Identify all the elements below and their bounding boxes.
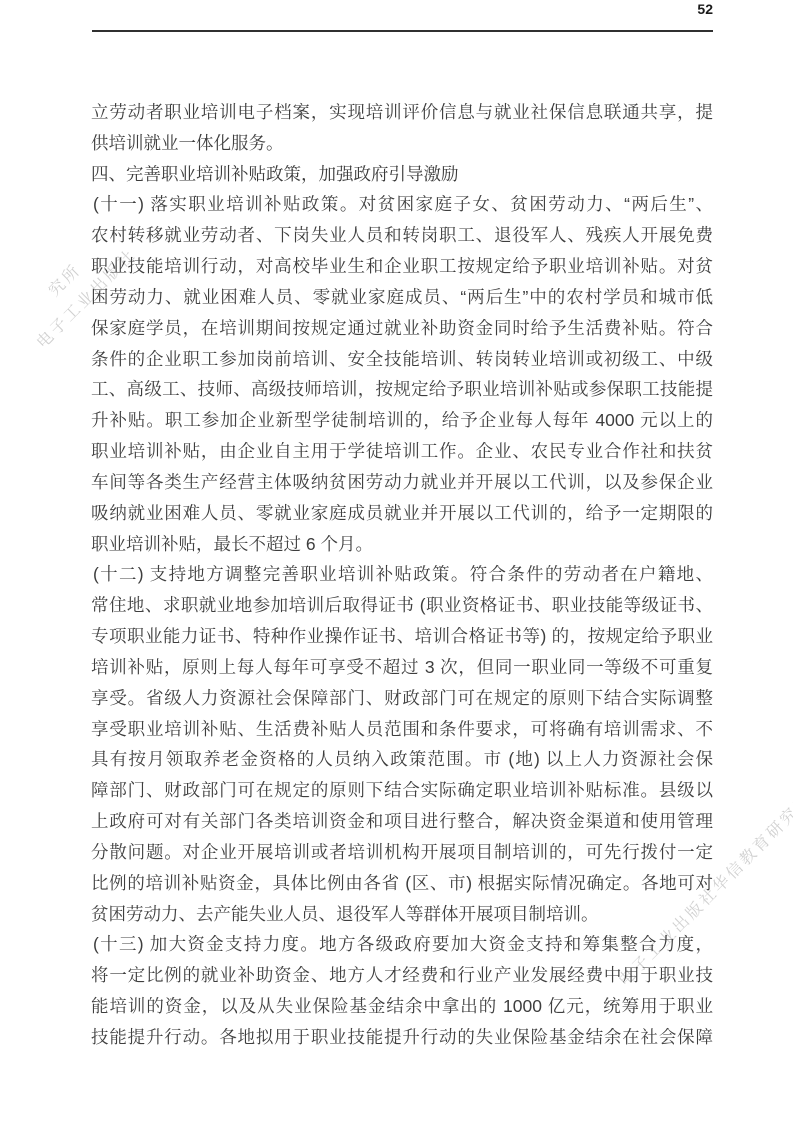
header-rule [92, 30, 713, 32]
text-line: 比例的培训补贴资金，具体比例由各省 (区、市) 根据实际情况确定。各地可对 [91, 868, 713, 899]
text-line: 分散问题。对企业开展培训或者培训机构开展项目制培训的，可先行拨付一定 [91, 837, 713, 868]
text-line: (十二) 支持地方调整完善职业培训补贴政策。符合条件的劳动者在户籍地、 [91, 559, 713, 590]
text-line: 保家庭学员，在培训期间按规定通过就业补助资金同时给予生活费补贴。符合 [91, 313, 713, 344]
paragraph: (十三) 加大资金支持力度。地方各级政府要加大资金支持和筹集整合力度，将一定比例… [91, 929, 713, 1052]
text-line: 吸纳就业困难人员、零就业家庭成员就业并开展以工代训的，给予一定期限的 [91, 498, 713, 529]
text-line: 享受职业培训补贴、生活费补贴人员范围和条件要求，可将确有培训需求、不 [91, 714, 713, 745]
text-line: 培训补贴，原则上每人每年可享受不超过 3 次，但同一职业同一等级不可重复 [91, 652, 713, 683]
text-line: 供培训就业一体化服务。 [91, 128, 713, 159]
text-line: (十一) 落实职业培训补贴政策。对贫困家庭子女、贫困劳动力、“两后生”、 [91, 189, 713, 220]
paragraph: (十一) 落实职业培训补贴政策。对贫困家庭子女、贫困劳动力、“两后生”、农村转移… [91, 189, 713, 559]
text-line: 将一定比例的就业补助资金、地方人才经费和行业产业发展经费中用于职业技 [91, 960, 713, 991]
text-line: 职业培训补贴，最长不超过 6 个月。 [91, 529, 713, 560]
text-line: 上政府可对有关部门各类培训资金和项目进行整合，解决资金渠道和使用管理 [91, 806, 713, 837]
text-line: 享受。省级人力资源社会保障部门、财政部门可在规定的原则下结合实际调整 [91, 683, 713, 714]
text-line: 困劳动力、就业困难人员、零就业家庭成员、“两后生”中的农村学员和城市低 [91, 282, 713, 313]
text-line: 贫困劳动力、去产能失业人员、退役军人等群体开展项目制培训。 [91, 899, 713, 930]
text-line: 专项职业能力证书、特种作业操作证书、培训合格证书等) 的，按规定给予职业 [91, 621, 713, 652]
document-page: 52 电子工业出版社 电子工业出版社华信教育研究所 究所 立劳动者职业培训电子档… [0, 0, 793, 1122]
text-line: 能培训的资金，以及从失业保险基金结余中拿出的 1000 亿元，统筹用于职业 [91, 991, 713, 1022]
text-line: 车间等各类生产经营主体吸纳贫困劳动力就业并开展以工代训，以及参保企业 [91, 467, 713, 498]
text-line: 四、完善职业培训补贴政策，加强政府引导激励 [91, 159, 713, 190]
text-line: 工、高级工、技师、高级技师培训，按规定给予职业培训补贴或参保职工技能提 [91, 374, 713, 405]
publisher-watermark-fragment: 究所 [47, 262, 85, 300]
text-line: 立劳动者职业培训电子档案，实现培训评价信息与就业社保信息联通共享，提 [91, 97, 713, 128]
text-line: 农村转移就业劳动者、下岗失业人员和转岗职工、退役军人、残疾人开展免费 [91, 220, 713, 251]
text-line: 具有按月领取养老金资格的人员纳入政策范围。市 (地) 以上人力资源社会保 [91, 744, 713, 775]
text-line: 升补贴。职工参加企业新型学徒制培训的，给予企业每人每年 4000 元以上的 [91, 405, 713, 436]
text-line: 职业技能培训行动，对高校毕业生和企业职工按规定给予职业培训补贴。对贫 [91, 251, 713, 282]
paragraph: 立劳动者职业培训电子档案，实现培训评价信息与就业社保信息联通共享，提供培训就业一… [91, 97, 713, 159]
text-line: 条件的企业职工参加岗前培训、安全技能培训、转岗转业培训或初级工、中级 [91, 344, 713, 375]
text-line: 常住地、求职就业地参加培训后取得证书 (职业资格证书、职业技能等级证书、 [91, 590, 713, 621]
text-line: 障部门、财政部门可在规定的原则下结合实际确定职业培训补贴标准。县级以 [91, 775, 713, 806]
text-line: 技能提升行动。各地拟用于职业技能提升行动的失业保险基金结余在社会保障 [91, 1022, 713, 1053]
text-line: (十三) 加大资金支持力度。地方各级政府要加大资金支持和筹集整合力度， [91, 929, 713, 960]
document-body: 立劳动者职业培训电子档案，实现培训评价信息与就业社保信息联通共享，提供培训就业一… [91, 97, 713, 1053]
text-line: 职业培训补贴，由企业自主用于学徒培训工作。企业、农民专业合作社和扶贫 [91, 436, 713, 467]
page-number: 52 [92, 1, 713, 17]
section-heading: 四、完善职业培训补贴政策，加强政府引导激励 [91, 159, 713, 190]
paragraph: (十二) 支持地方调整完善职业培训补贴政策。符合条件的劳动者在户籍地、常住地、求… [91, 559, 713, 929]
